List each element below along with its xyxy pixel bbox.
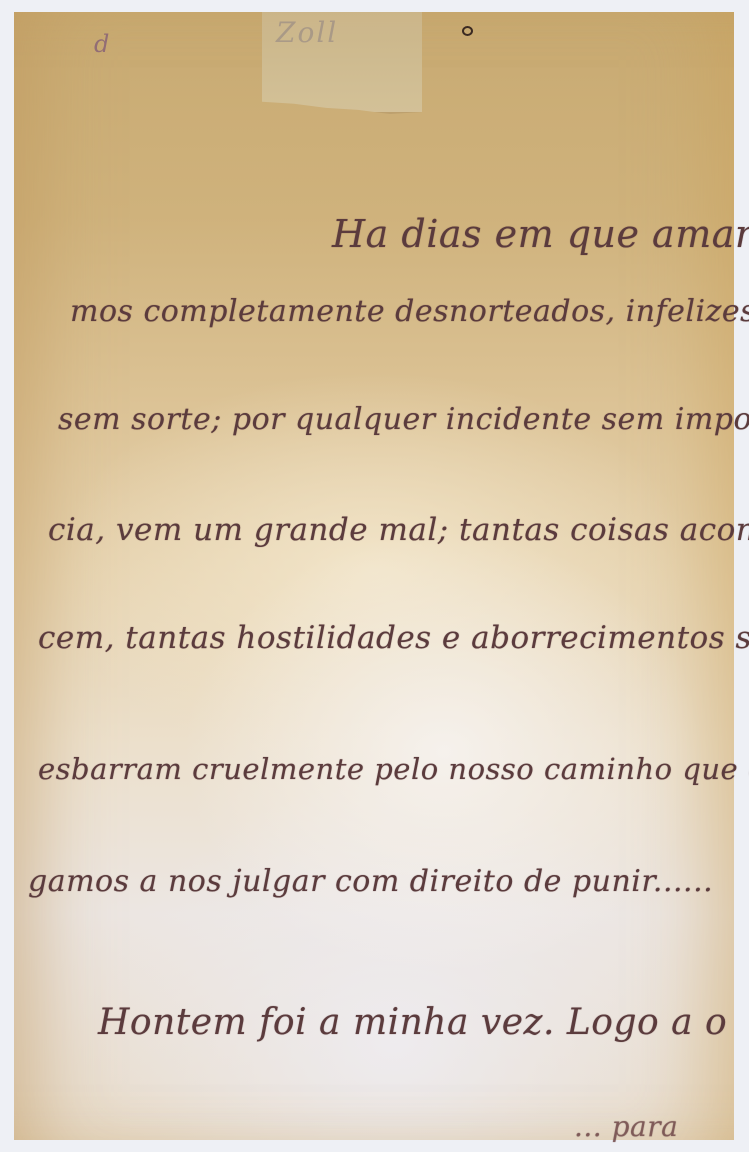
tape-scribble: Zoll	[276, 16, 338, 49]
taped-paper-patch: Zoll	[262, 12, 422, 114]
text-line-7: gamos a nos julgar com direito de punir.…	[28, 864, 713, 899]
text-line-2: mos completamente desnorteados, infelize…	[70, 294, 749, 329]
margin-mark: d	[94, 30, 109, 58]
text-line-9-partial: ... para	[574, 1110, 678, 1143]
text-line-6: esbarram cruelmente pelo nosso caminho q…	[38, 752, 749, 786]
text-line-3: sem sorte; por qualquer incidente sem im…	[58, 402, 749, 437]
manuscript-page: d Zoll Ha dias em que amanhece- mos comp…	[14, 12, 734, 1140]
small-ring-mark	[462, 26, 473, 36]
text-line-1: Ha dias em que amanhece-	[332, 212, 749, 256]
text-line-4: cia, vem um grande mal; tantas coisas ac…	[48, 512, 749, 548]
text-line-5: cem, tantas hostilidades e aborrecimento…	[38, 620, 749, 656]
text-line-8: Hontem foi a minha vez. Logo a o	[98, 1002, 727, 1043]
